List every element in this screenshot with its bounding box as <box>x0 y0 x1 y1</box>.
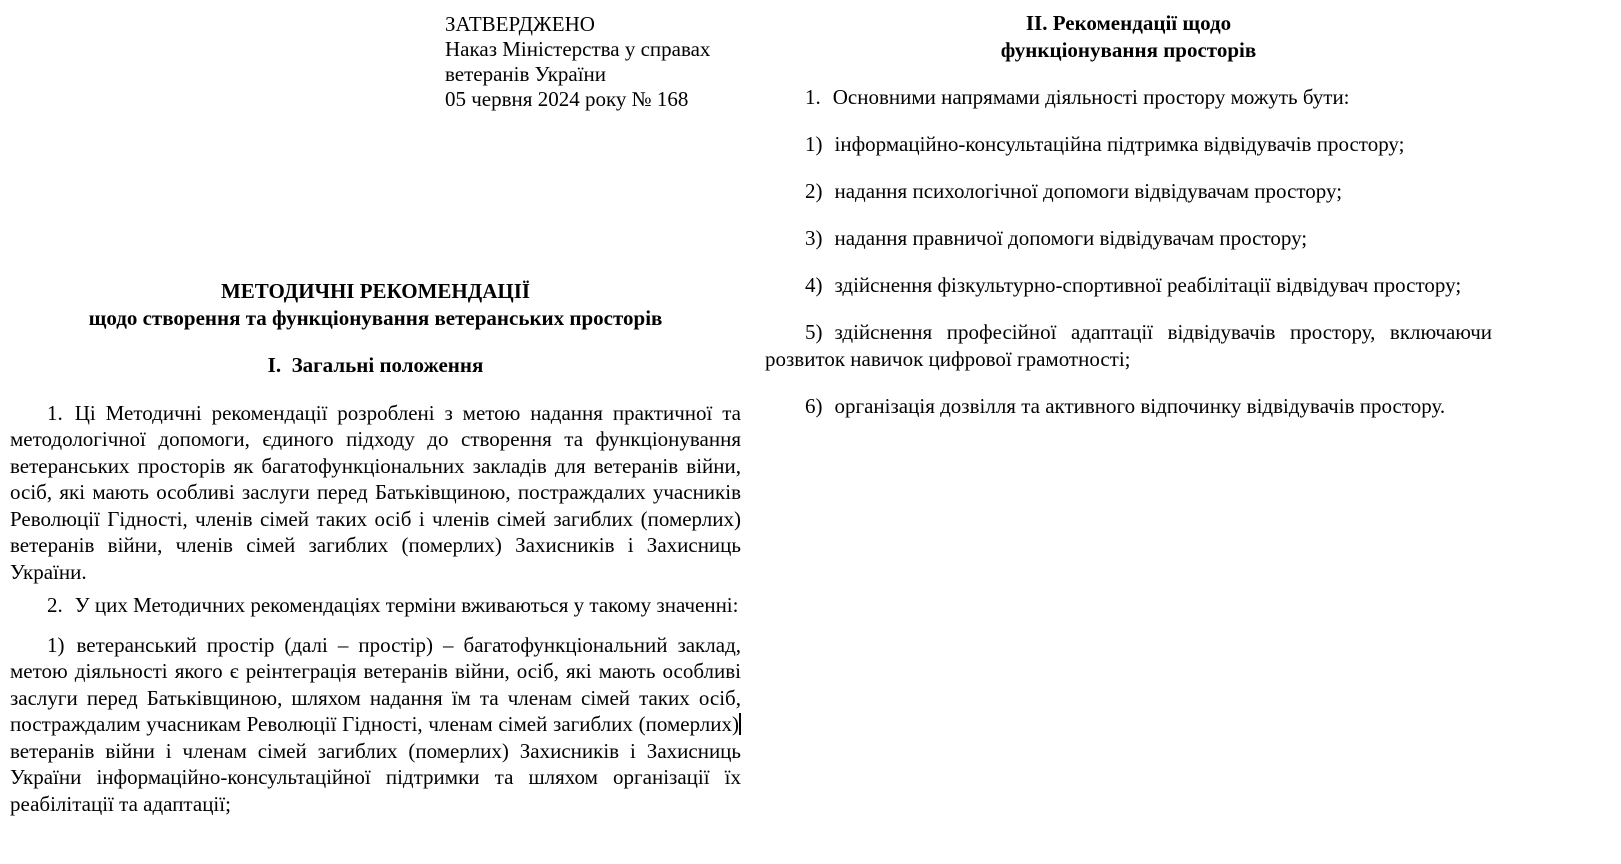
list-item-5-number: 5) <box>805 320 823 344</box>
list-item-3-number: 3) <box>805 226 823 250</box>
paragraph-3-text-after-cursor: ветеранів війни і членам сімей загиблих … <box>10 739 741 816</box>
approval-line-date-number: 05 червня 2024 року № 168 <box>445 87 741 112</box>
paragraph-2-number: 2. <box>47 593 63 617</box>
approval-line-ministry: ветеранів України <box>445 62 741 87</box>
section-heading-recommendations-line2: функціонування просторів <box>765 37 1492 64</box>
list-item-3: 3)надання правничої допомоги відвідувача… <box>765 225 1492 252</box>
section-heading-general: I. Загальні положення <box>10 352 741 379</box>
list-item-3-text: надання правничої допомоги відвідувачам … <box>835 226 1308 250</box>
section-heading-recommendations: II. Рекомендації щодо функціонування про… <box>765 10 1492 63</box>
paragraph-3-text-before-cursor: ветеранський простір (далі – простір) – … <box>10 633 741 737</box>
list-item-1-number: 1) <box>805 132 823 156</box>
list-item-5-text: здійснення професійної адаптації відвіду… <box>765 320 1492 371</box>
list-item-1-text: інформаційно-консультаційна підтримка ві… <box>835 132 1405 156</box>
paragraph-1-number: 1. <box>47 401 63 425</box>
document-subtitle: щодо створення та функціонування ветеран… <box>10 305 741 332</box>
paragraph-3-number: 1) <box>47 633 65 657</box>
list-item-4-text: здійснення фізкультурно-спортивної реабі… <box>835 273 1462 297</box>
paragraph-2-text: У цих Методичних рекомендаціях терміни в… <box>75 593 739 617</box>
section-heading-recommendations-line1: II. Рекомендації щодо <box>765 10 1492 37</box>
list-item-6-text: організація дозвілля та активного відпоч… <box>835 394 1446 418</box>
list-item-1: 1)інформаційно-консультаційна підтримка … <box>765 131 1492 158</box>
list-item-4: 4)здійснення фізкультурно-спортивної реа… <box>765 272 1492 299</box>
list-item-6-number: 6) <box>805 394 823 418</box>
paragraph-1-text: Ці Методичні рекомендації розроблені з м… <box>10 401 741 584</box>
list-item-2-number: 2) <box>805 179 823 203</box>
paragraph-3-definition: 1)ветеранський простір (далі – простір) … <box>10 632 741 818</box>
page-left[interactable]: ЗАТВЕРДЖЕНО Наказ Міністерства у справах… <box>10 0 741 817</box>
page-right[interactable]: II. Рекомендації щодо функціонування про… <box>765 10 1492 419</box>
list-item-6: 6)організація дозвілля та активного відп… <box>765 393 1492 420</box>
approval-line-approved: ЗАТВЕРДЖЕНО <box>445 12 741 37</box>
approval-block: ЗАТВЕРДЖЕНО Наказ Міністерства у справах… <box>445 12 741 112</box>
paragraph-1: 1.Ці Методичні рекомендації розроблені з… <box>10 400 741 586</box>
list-item-4-number: 4) <box>805 273 823 297</box>
paragraph-2: 2.У цих Методичних рекомендаціях терміни… <box>10 592 741 619</box>
list-item-2: 2)надання психологічної допомоги відвіду… <box>765 178 1492 205</box>
text-cursor <box>739 713 741 735</box>
document-canvas: ЗАТВЕРДЖЕНО Наказ Міністерства у справах… <box>0 0 1621 864</box>
list-item-5: 5)здійснення професійної адаптації відві… <box>765 319 1492 372</box>
approval-line-order: Наказ Міністерства у справах <box>445 37 741 62</box>
list-intro-text: Основними напрямами діяльності простору … <box>833 85 1350 109</box>
list-intro-number: 1. <box>805 85 821 109</box>
list-item-2-text: надання психологічної допомоги відвідува… <box>835 179 1343 203</box>
list-intro: 1.Основними напрямами діяльності простор… <box>765 84 1492 111</box>
document-title: МЕТОДИЧНІ РЕКОМЕНДАЦІЇ <box>10 278 741 305</box>
